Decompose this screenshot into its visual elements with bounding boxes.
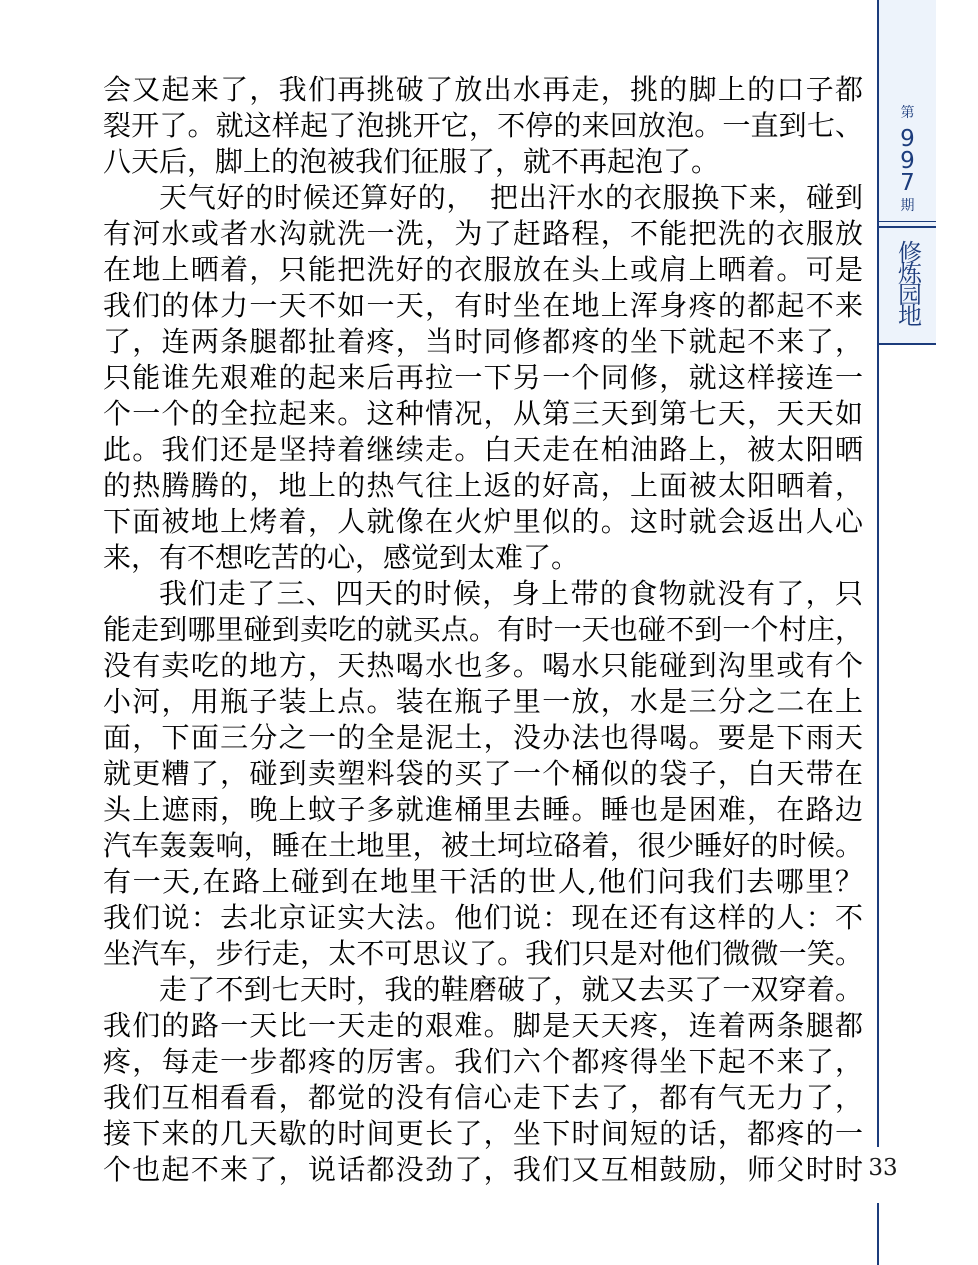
issue-suffix-label: 期	[901, 197, 915, 215]
text-line: 面，下面三分之一的全是泥土，没办法也得喝。要是下雨天	[103, 720, 863, 756]
text-line: 汽车轰轰响，睡在土地里，被土坷垃硌着，很少睡好的时候。	[103, 828, 863, 864]
text-line: 有一天,在路上碰到在地里干活的世人,他们问我们去哪里？	[103, 864, 863, 900]
section-title: 修炼园地	[895, 240, 921, 324]
issue-prefix-label: 第	[901, 104, 915, 122]
text-line: 了，连两条腿都扯着疼，当时同修都疼的坐下就起不来了，	[103, 324, 863, 360]
text-line: 个一个的全拉起来。这种情况，从第三天到第七天，天天如	[103, 396, 863, 432]
text-line: 没有卖吃的地方，天热喝水也多。喝水只能碰到沟里或有个	[103, 648, 863, 684]
text-line: 坐汽车，步行走，太不可思议了。我们只是对他们微微一笑。	[103, 936, 863, 972]
sidebar-issue-tab: 第 997 期 修炼园地	[877, 0, 936, 345]
double-rule-divider	[879, 221, 936, 228]
body-text: 会又起来了，我们再挑破了放出水再走，挑的脚上的口子都裂开了。就这样起了泡挑开它，…	[103, 72, 863, 1188]
text-line: 头上遮雨，晚上蚊子多就進桶里去睡。睡也是困难，在路边	[103, 792, 863, 828]
text-line: 能走到哪里碰到卖吃的就买点。有时一天也碰不到一个村庄，	[103, 612, 863, 648]
text-line: 我们走了三、四天的时候，身上带的食物就没有了，只	[103, 576, 863, 612]
paragraph: 走了不到七天时，我的鞋磨破了，就又去买了一双穿着。我们的路一天比一天走的艰难。脚…	[103, 972, 863, 1188]
issue-number: 997	[900, 128, 915, 194]
text-line: 走了不到七天时，我的鞋磨破了，就又去买了一双穿着。	[103, 972, 863, 1008]
paragraph: 会又起来了，我们再挑破了放出水再走，挑的脚上的口子都裂开了。就这样起了泡挑开它，…	[103, 72, 863, 180]
text-line: 天气好的时候还算好的， 把出汗水的衣服换下来，碰到	[103, 180, 863, 216]
text-line: 会又起来了，我们再挑破了放出水再走，挑的脚上的口子都	[103, 72, 863, 108]
page-number: 33	[868, 1152, 898, 1184]
paragraph: 我们走了三、四天的时候，身上带的食物就没有了，只能走到哪里碰到卖吃的就买点。有时…	[103, 576, 863, 972]
text-line: 来，有不想吃苦的心，感觉到太难了。	[103, 540, 863, 576]
text-line: 八天后，脚上的泡被我们征服了，就不再起泡了。	[103, 144, 863, 180]
text-line: 就更糟了，碰到卖塑料袋的买了一个桶似的袋子，白天带在	[103, 756, 863, 792]
text-line: 在地上晒着，只能把洗好的衣服放在头上或肩上晒着。可是	[103, 252, 863, 288]
text-line: 接下来的几天歇的时间更长了，坐下时间短的话，都疼的一	[103, 1116, 863, 1152]
text-line: 我们的体力一天不如一天，有时坐在地上浑身疼的都起不来	[103, 288, 863, 324]
issue-digit: 9	[900, 150, 915, 172]
text-line: 我们说：去北京证实大法。他们说：现在还有这样的人：不	[103, 900, 863, 936]
text-line: 下面被地上烤着，人就像在火炉里似的。这时就会返出人心	[103, 504, 863, 540]
text-line: 只能谁先艰难的起来后再拉一下另一个同修，就这样接连一	[103, 360, 863, 396]
text-line: 此。我们还是坚持着继续走。白天走在柏油路上，被太阳晒	[103, 432, 863, 468]
text-line: 的热腾腾的，地上的热气往上返的好高，上面被太阳晒着，	[103, 468, 863, 504]
document-page: 会又起来了，我们再挑破了放出水再走，挑的脚上的口子都裂开了。就这样起了泡挑开它，…	[0, 0, 978, 1265]
issue-digit: 7	[900, 172, 915, 194]
paragraph: 天气好的时候还算好的， 把出汗水的衣服换下来，碰到有河水或者水沟就洗一洗，为了赶…	[103, 180, 863, 576]
vertical-rule-upper	[877, 345, 879, 1147]
vertical-rule-lower	[877, 1203, 879, 1265]
text-line: 个也起不来了，说话都没劲了，我们又互相鼓励，师父时时	[103, 1152, 863, 1188]
text-line: 裂开了。就这样起了泡挑开它，不停的来回放泡。一直到七、	[103, 108, 863, 144]
text-line: 小河，用瓶子装上点。装在瓶子里一放，水是三分之二在上	[103, 684, 863, 720]
text-line: 我们的路一天比一天走的艰难。脚是天天疼，连着两条腿都	[103, 1008, 863, 1044]
text-line: 疼，每走一步都疼的厉害。我们六个都疼得坐下起不来了，	[103, 1044, 863, 1080]
text-line: 有河水或者水沟就洗一洗，为了赶路程，不能把洗的衣服放	[103, 216, 863, 252]
issue-digit: 9	[900, 128, 915, 150]
text-line: 我们互相看看，都觉的没有信心走下去了，都有气无力了，	[103, 1080, 863, 1116]
